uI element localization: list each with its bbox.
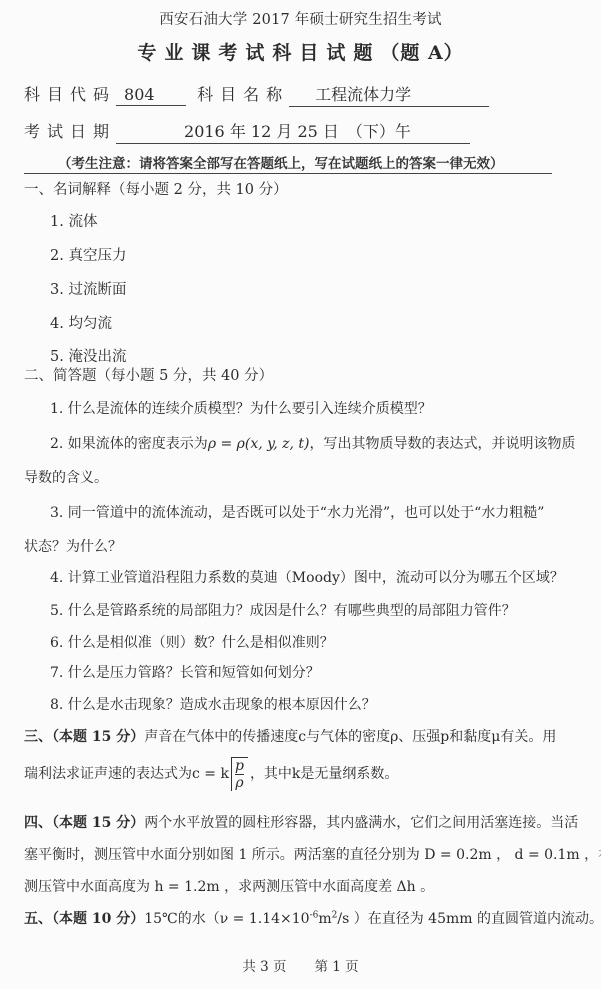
exam-date-row: 考试日期2016 年 12 月 25 日 （下）午: [24, 119, 470, 144]
question-text: 两个水平放置的圆柱形容器，其内盛满水，它们之间用活塞连接。当活: [144, 815, 578, 831]
current-page: 第 1 页: [315, 959, 359, 975]
subject-name-label: 科目名称: [197, 85, 289, 104]
question-item: 4. 计算工业管道沿程阻力系数的莫迪（Moody）图中，流动可以分为哪五个区域？: [50, 567, 564, 587]
question-item: 6. 什么是相似准（则）数？什么是相似准则？: [50, 632, 334, 652]
section-3-heading: 三、（本题 15 分）: [24, 729, 144, 745]
question-text: ，写出其物质导数的表达式，并说明该物质: [309, 436, 575, 452]
unit: m: [318, 911, 331, 927]
section-3-line-1: 三、（本题 15 分）声音在气体中的传播速度c与气体的密度ρ、压强p和黏度μ有关…: [24, 726, 556, 746]
question-text: 声音在气体中的传播速度c与气体的密度ρ、压强p和黏度μ有关。用: [144, 729, 556, 745]
question-item: 7. 什么是压力管路？长管和短管如何划分？: [50, 662, 320, 682]
fraction-denominator: ρ: [235, 775, 244, 791]
question-item: 1. 什么是流体的连续介质模型？为什么要引入连续介质模型？: [50, 398, 432, 418]
question-text: 2. 如果流体的密度表示为: [50, 436, 208, 452]
list-item: 1. 流体: [50, 210, 97, 231]
section-5-line-1: 五、（本题 10 分）15℃的水（ν = 1.14×10-6m2/s ）在直径为…: [24, 908, 601, 928]
section-4-line-3: 测压管中水面高度为 h = 1.2m ，求两测压管中水面高度差 Δh 。: [24, 876, 434, 896]
list-item: 3. 过流断面: [50, 278, 126, 299]
question-text: /s ）在直径为 45mm 的直圆管道内流动。已知: [337, 911, 601, 927]
fraction-numerator: p: [235, 758, 244, 775]
subject-row: 科目代码804 科目名称工程流体力学: [24, 82, 489, 107]
section-4-heading: 四、（本题 15 分）: [24, 815, 144, 831]
total-pages: 共 3 页: [242, 959, 286, 975]
page-footer: 共 3 页第 1 页: [0, 955, 601, 975]
question-continuation: 状态？为什么？: [24, 536, 122, 556]
section-3-line-2: 瑞利法求证声速的表达式为c = kpρ，其中k是无量纲系数。: [24, 757, 398, 791]
question-text: 15℃的水（ν = 1.14×10: [144, 911, 309, 927]
title-text: 专业课考试科目试题: [137, 42, 380, 64]
density-formula: ρ = ρ(x, y, z, t): [208, 436, 310, 452]
exam-notice: （考生注意：请将答案全部写在答题纸上，写在试题纸上的答案一律无效）: [58, 152, 504, 172]
question-text: 瑞利法求证声速的表达式为c = k: [24, 766, 229, 782]
subject-code-label: 科目代码: [24, 85, 116, 104]
section-1-heading: 一、名词解释（每小题 2 分，共 10 分）: [24, 178, 288, 199]
school-exam-line: 西安石油大学 2017 年硕士研究生招生考试: [0, 8, 601, 29]
page-title: 专业课考试科目试题（题 A）: [0, 38, 601, 65]
list-item: 5. 淹没出流: [50, 345, 126, 366]
section-4-line-2: 塞平衡时，测压管中水面分别如图 1 所示。两活塞的直径分别为 D = 0.2m …: [24, 844, 601, 864]
section-2-heading: 二、简答题（每小题 5 分，共 40 分）: [24, 364, 273, 385]
header-divider: [24, 173, 552, 174]
question-text: ，其中k是无量纲系数。: [250, 766, 398, 782]
list-item: 4. 均匀流: [50, 312, 112, 333]
list-item: 2. 真空压力: [50, 244, 126, 265]
subject-name-value: 工程流体力学: [289, 82, 489, 107]
subject-code-value: 804: [116, 85, 186, 106]
exam-date-label: 考试日期: [24, 122, 116, 141]
section-5-heading: 五、（本题 10 分）: [24, 911, 144, 927]
exam-date-value: 2016 年 12 月 25 日 （下）午: [116, 119, 470, 144]
question-item: 3. 同一管道中的流体流动，是否既可以处于“水力光滑”，也可以处于“水力粗糙”: [50, 502, 544, 522]
question-continuation: 导数的含义。: [24, 467, 108, 487]
title-suffix: （题 A）: [380, 42, 463, 64]
sqrt-fraction: pρ: [231, 757, 248, 791]
question-item: 5. 什么是管路系统的局部阻力？成因是什么？有哪些典型的局部阻力管件？: [50, 600, 516, 620]
question-item: 2. 如果流体的密度表示为ρ = ρ(x, y, z, t)，写出其物质导数的表…: [50, 433, 575, 453]
question-item: 8. 什么是水击现象？造成水击现象的根本原因什么？: [50, 694, 376, 714]
section-4-line-1: 四、（本题 15 分）两个水平放置的圆柱形容器，其内盛满水，它们之间用活塞连接。…: [24, 812, 578, 832]
